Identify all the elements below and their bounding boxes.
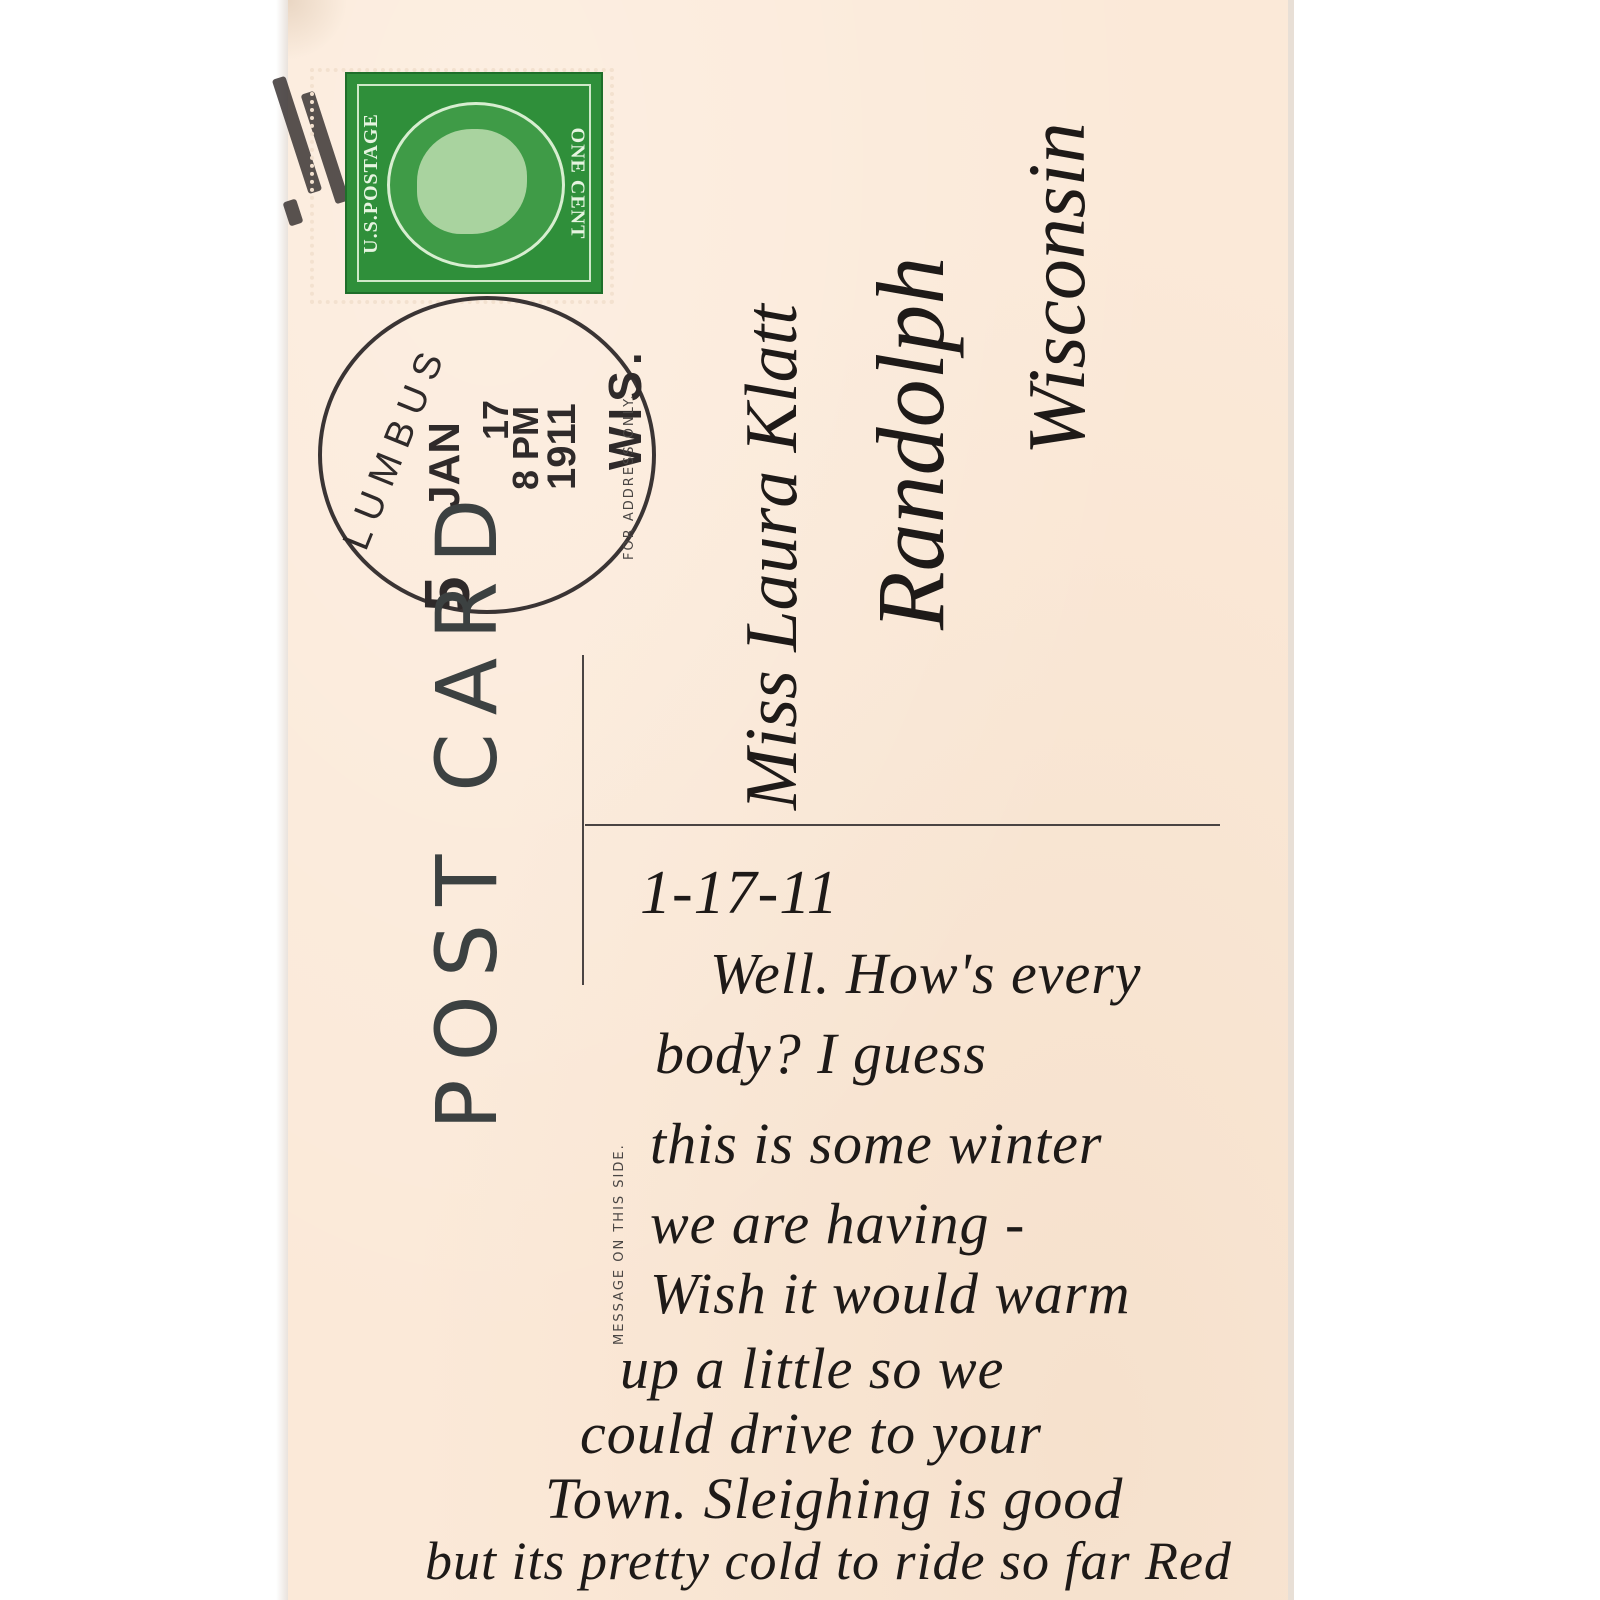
message-line: but its pretty cold to ride so far Red [425,1530,1232,1592]
message-line: body? I guess [655,1020,987,1087]
message-line: up a little so we [620,1335,1004,1402]
horizontal-divider [585,824,1220,826]
message-side-note: MESSAGE ON THIS SIDE. [612,1143,627,1345]
vertical-divider [582,655,584,985]
message-line: could drive to your [580,1400,1042,1467]
postcard-title: POST CARD [418,481,516,1130]
message-line: Well. How's every [710,940,1142,1007]
address-recipient: Miss Laura Klatt [730,304,815,810]
message-line: Town. Sleighing is good [545,1465,1123,1532]
message-date: 1-17-11 [640,858,839,929]
postage-stamp: U.S.POSTAGE ONE CENT [345,72,603,294]
franklin-portrait-icon [417,129,527,234]
address-side-note: FOR ADDRESS ONLY. [622,393,637,560]
address-city: Randolph [855,257,966,630]
message-line: we are having - [650,1190,1025,1257]
message-line: this is some winter [650,1110,1102,1177]
stamp-left-label: U.S.POSTAGE [359,94,383,272]
stamp-right-label: ONE CENT [565,94,589,272]
postmark-year: 1911 [540,403,585,490]
message-line: Wish it would warm [650,1260,1130,1327]
worn-corner [288,0,348,60]
address-state: Wisconsin [1010,122,1104,455]
